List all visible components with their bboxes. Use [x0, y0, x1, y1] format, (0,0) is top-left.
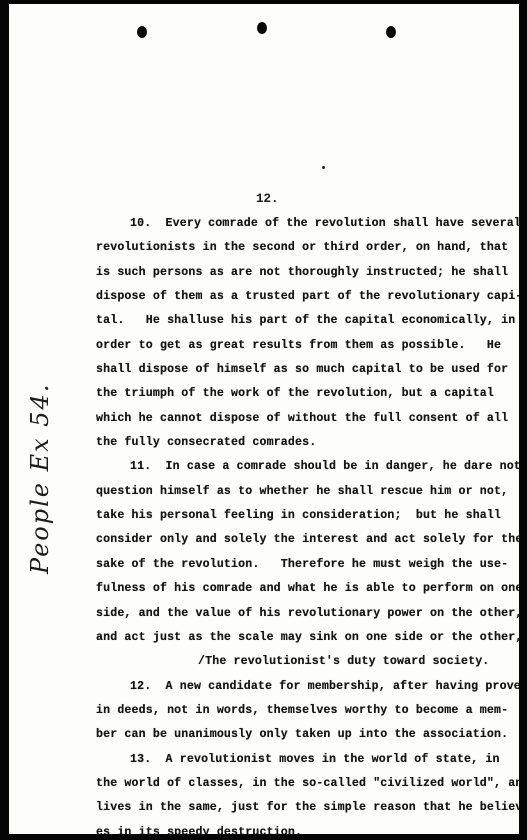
typewritten-body: 10. Every comrade of the revolution shal…	[96, 212, 516, 834]
text-line: lives in the same, just for the simple r…	[96, 796, 516, 820]
text-line: question himself as to whether he shall …	[96, 480, 516, 504]
text-line: which he cannot dispose of without the f…	[96, 407, 516, 431]
text-line: 12. A new candidate for membership, afte…	[96, 675, 516, 699]
text-line: dispose of them as a trusted part of the…	[96, 285, 516, 309]
text-line: is such persons as are not thoroughly in…	[96, 261, 516, 285]
text-line: 13. A revolutionist moves in the world o…	[96, 748, 516, 772]
text-line: fulness of his comrade and what he is ab…	[96, 577, 516, 601]
text-line: 11. In case a comrade should be in dange…	[96, 455, 516, 479]
text-line: shall dispose of himself as so much capi…	[96, 358, 516, 382]
handwritten-exhibit-annotation: People Ex 54.	[26, 383, 54, 574]
ink-speck	[322, 166, 325, 169]
text-line: consider only and solely the interest an…	[96, 528, 516, 552]
document-page: 12. People Ex 54. 10. Every comrade of t…	[9, 4, 519, 834]
text-line: revolutionists in the second or third or…	[96, 236, 516, 260]
text-line: order to get as great results from them …	[96, 334, 516, 358]
text-line: the world of classes, in the so-called "…	[96, 772, 516, 796]
text-line: the fully consecrated comrades.	[96, 431, 516, 455]
text-line: 10. Every comrade of the revolution shal…	[96, 212, 516, 236]
punch-hole-left	[137, 26, 147, 38]
section-heading: /The revolutionist's duty toward society…	[96, 650, 516, 674]
punch-hole-right	[386, 26, 396, 38]
text-line: take his personal feeling in considerati…	[96, 504, 516, 528]
text-line: sake of the revolution. Therefore he mus…	[96, 553, 516, 577]
page-number: 12.	[256, 192, 279, 206]
text-line: in deeds, not in words, themselves worth…	[96, 699, 516, 723]
text-line: and act just as the scale may sink on on…	[96, 626, 516, 650]
text-line: ber can be unanimously only taken up int…	[96, 723, 516, 747]
punch-hole-center	[257, 22, 267, 34]
text-line: es in its speedy destruction.	[96, 821, 516, 834]
text-line: tal. He shalluse his part of the capital…	[96, 309, 516, 333]
text-line: the triumph of the work of the revolutio…	[96, 382, 516, 406]
text-line: side, and the value of his revolutionary…	[96, 602, 516, 626]
